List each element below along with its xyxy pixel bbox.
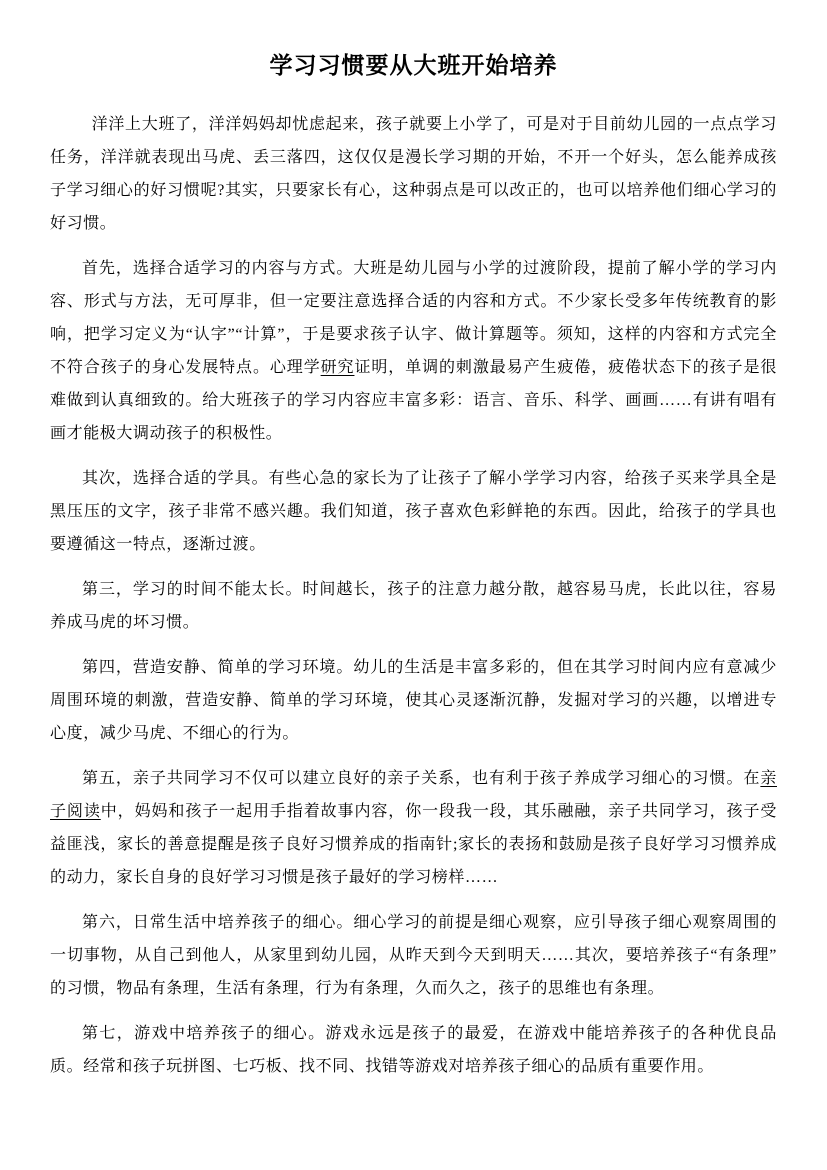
paragraph-6: 第五，亲子共同学习不仅可以建立良好的亲子关系，也有利于孩子养成学习细心的习惯。在… xyxy=(50,762,777,894)
text-segment: 第五，亲子共同学习不仅可以建立良好的亲子关系，也有利于孩子养成学习细心的习惯。在 xyxy=(82,770,760,787)
text-segment: 第六，日常生活中培养孩子的细心。细心学习的前提是细心观察，应引导孩子细心观察周围… xyxy=(50,914,777,997)
text-segment: 第三，学习的时间不能太长。时间越长，孩子的注意力越分散，越容易马虎，长此以往，容… xyxy=(50,581,777,631)
text-segment: 中，妈妈和孩子一起用手指着故事内容，你一段我一段，其乐融融，亲子共同学习，孩子受… xyxy=(50,803,777,886)
document-title: 学习习惯要从大班开始培养 xyxy=(50,50,777,82)
paragraph-8: 第七，游戏中培养孩子的细心。游戏永远是孩子的最爱，在游戏中能培养孩子的各种优良品… xyxy=(50,1017,777,1083)
text-segment: 洋洋上大班了，洋洋妈妈却忧虑起来，孩子就要上小学了，可是对于目前幼儿园的一点点学… xyxy=(50,116,777,232)
text-segment: 其次，选择合适的学具。有些心急的家长为了让孩子了解小学学习内容，给孩子买来学具全… xyxy=(50,470,777,553)
paragraph-2: 首先，选择合适学习的内容与方式。大班是幼儿园与小学的过渡阶段，提前了解小学的学习… xyxy=(50,252,777,450)
text-segment: 第七，游戏中培养孩子的细心。游戏永远是孩子的最爱，在游戏中能培养孩子的各种优良品… xyxy=(50,1025,777,1075)
paragraph-1: 洋洋上大班了，洋洋妈妈却忧虑起来，孩子就要上小学了，可是对于目前幼儿园的一点点学… xyxy=(50,108,777,240)
document-page: 学习习惯要从大班开始培养 洋洋上大班了，洋洋妈妈却忧虑起来，孩子就要上小学了，可… xyxy=(0,0,827,1170)
text-segment: 第四，营造安静、简单的学习环境。幼儿的生活是丰富多彩的，但在其学习时间内应有意减… xyxy=(50,659,777,742)
document-body: 洋洋上大班了，洋洋妈妈却忧虑起来，孩子就要上小学了，可是对于目前幼儿园的一点点学… xyxy=(50,108,777,1083)
paragraph-7: 第六，日常生活中培养孩子的细心。细心学习的前提是细心观察，应引导孩子细心观察周围… xyxy=(50,906,777,1005)
paragraph-3: 其次，选择合适的学具。有些心急的家长为了让孩子了解小学学习内容，给孩子买来学具全… xyxy=(50,462,777,561)
paragraph-5: 第四，营造安静、简单的学习环境。幼儿的生活是丰富多彩的，但在其学习时间内应有意减… xyxy=(50,651,777,750)
underlined-text-segment: 研究 xyxy=(321,359,355,376)
paragraph-4: 第三，学习的时间不能太长。时间越长，孩子的注意力越分散，越容易马虎，长此以往，容… xyxy=(50,573,777,639)
